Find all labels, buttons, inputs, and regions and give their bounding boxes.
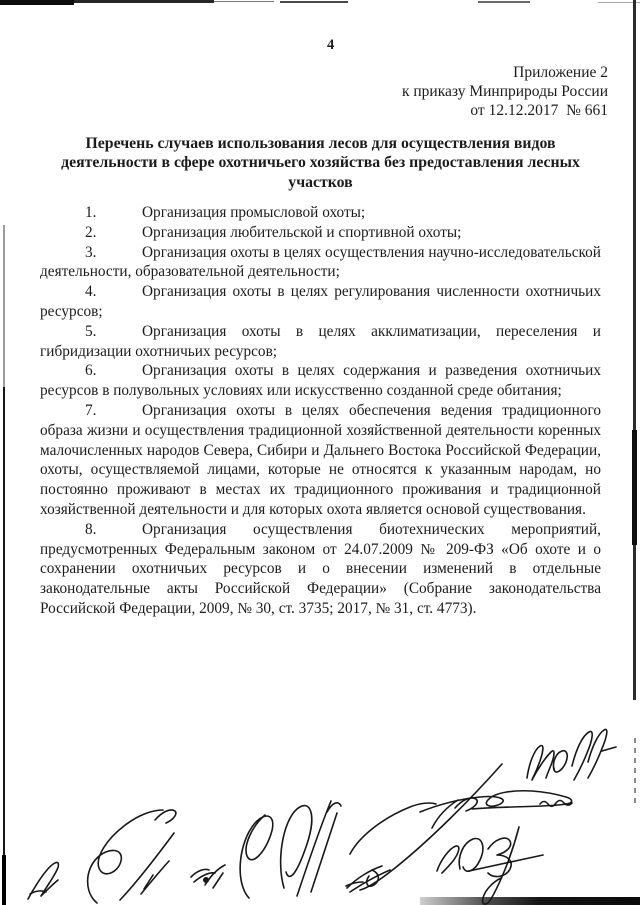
scanned-document-page: 4 Приложение 2 к приказу Минприроды Росс… — [0, 0, 640, 905]
scan-artifact-top-dash — [478, 1, 530, 3]
list-item: 6.Организация охоты в целях содержания и… — [40, 361, 601, 401]
list-item: 4.Организация охоты в целях регулировани… — [40, 282, 601, 322]
signature-4 — [240, 801, 341, 898]
signature-7 — [527, 729, 616, 780]
page-number: 4 — [327, 37, 335, 54]
document-body: 1.Организация промысловой охоты; 2.Орган… — [40, 203, 601, 619]
appendix-line: к приказу Минприроды России — [402, 82, 608, 101]
title-line: деятельности в сфере охотничьего хозяйст… — [40, 153, 601, 172]
scan-artifact-right-line — [632, 430, 637, 545]
list-item: 8.Организация осуществления биотехническ… — [40, 520, 601, 619]
list-item-number: 2. — [85, 223, 142, 243]
signature-2 — [88, 810, 176, 903]
scan-artifact-top-dash — [214, 1, 274, 2]
scan-artifact-top-bar — [74, 0, 214, 3]
list-item-number: 7. — [85, 401, 142, 421]
scan-artifact-top-dash — [280, 1, 348, 3]
list-item-text: Организация любительской и спортивной ох… — [142, 224, 461, 241]
scan-artifact-left-line — [3, 225, 5, 387]
signature-8 — [346, 866, 390, 892]
appendix-line: Приложение 2 — [402, 63, 608, 82]
list-item: 2.Организация любительской и спортивной … — [40, 223, 601, 243]
list-item-number: 5. — [85, 322, 142, 342]
scan-artifact-right-line — [633, 0, 636, 700]
signatures-layer — [0, 720, 640, 905]
list-item: 1.Организация промысловой охоты; — [40, 203, 601, 223]
appendix-line: от 12.12.2017 № 661 — [402, 101, 608, 120]
list-item-number: 1. — [85, 203, 142, 223]
list-item-text: Организация промысловой охоты; — [142, 204, 365, 221]
title-line: Перечень случаев использования лесов для… — [40, 134, 601, 153]
list-item-number: 3. — [85, 243, 142, 263]
list-item-number: 6. — [85, 361, 142, 381]
signature-5 — [350, 764, 572, 890]
title-line: участков — [40, 173, 601, 192]
appendix-block: Приложение 2 к приказу Минприроды России… — [402, 63, 608, 120]
list-item-number: 8. — [85, 520, 142, 540]
list-item-number: 4. — [85, 282, 142, 302]
signature-6 — [437, 827, 543, 904]
list-item: 5.Организация охоты в целях акклиматизац… — [40, 322, 601, 362]
scan-artifact-top-bar — [0, 0, 74, 5]
signature-1 — [28, 862, 58, 899]
list-item: 3.Организация охоты в целях осуществлени… — [40, 243, 601, 283]
document-title: Перечень случаев использования лесов для… — [40, 134, 601, 192]
list-item: 7.Организация охоты в целях обеспечения … — [40, 401, 601, 520]
signature-3 — [191, 865, 225, 888]
